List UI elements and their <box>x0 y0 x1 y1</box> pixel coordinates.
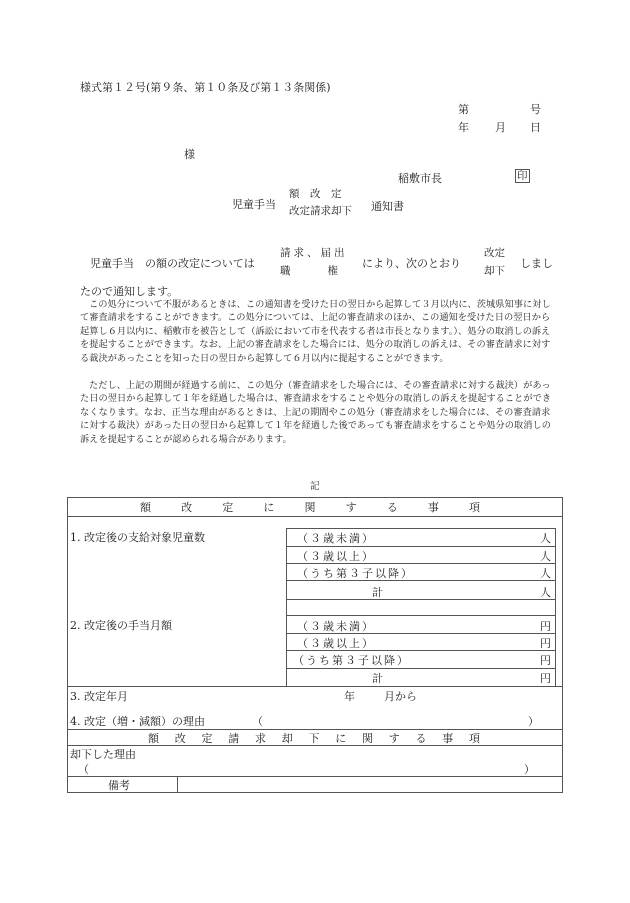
section1-header-divider <box>67 516 563 517</box>
notice-paragraph-1: この処分について不服があるときは、この通知書を受けた日の翌日から起算して３月以内… <box>80 298 552 365</box>
section2-divider-bottom <box>67 745 563 746</box>
header-char: に <box>263 499 274 515</box>
item1-row-label: （３歳以上） <box>297 548 375 564</box>
form-id: 様式第１２号(第９条、第１０条及び第１３条関係) <box>80 79 331 95</box>
header-char: 額 <box>148 730 159 746</box>
row-divider <box>286 650 556 651</box>
item1-row-unit: 人 <box>540 565 551 581</box>
header-char: に <box>335 730 346 746</box>
header-char: 定 <box>222 499 233 515</box>
row-divider <box>286 580 556 581</box>
row-divider <box>286 546 556 547</box>
header-char: 請 <box>228 730 239 746</box>
inner-box-right <box>555 528 556 687</box>
intro-part3: しまし <box>520 255 553 271</box>
header-char: 却 <box>282 730 293 746</box>
table-border-left <box>67 497 68 793</box>
row-divider <box>286 563 556 564</box>
inner-box-left <box>286 528 287 687</box>
row-divider <box>286 599 556 600</box>
table-border-top <box>67 497 563 498</box>
date-day: 日 <box>530 119 541 135</box>
issuer-name: 稲敷市長 <box>398 170 442 186</box>
number-prefix: 第 <box>458 101 469 117</box>
remarks-label: 備考 <box>108 777 130 793</box>
item1-total-label: 計 <box>372 584 383 600</box>
item3-label: 3. 改定年月 <box>70 688 128 704</box>
item2-row-label: （うち第３子以降） <box>293 652 410 668</box>
title-option-amend: 額 改 定 <box>289 186 352 203</box>
item4-open-paren: （ <box>252 713 263 729</box>
notice-paragraph-2: ただし、上記の期間が経過する前に、この処分（審査請求をした場合には、その審査請求… <box>80 379 552 446</box>
header-char: 事 <box>428 499 439 515</box>
header-char: 項 <box>469 499 480 515</box>
item2-bottom-divider <box>67 686 563 687</box>
item2-row-unit: 円 <box>540 618 551 634</box>
item2-label: 2. 改定後の手当月額 <box>70 617 172 633</box>
header-char: 求 <box>255 730 266 746</box>
header-char: 関 <box>362 730 373 746</box>
intro-part2: により、次のとおり <box>362 255 461 271</box>
date-year: 年 <box>458 119 469 135</box>
intro-choice-right: 権 <box>328 262 339 280</box>
item2-row-label: （３歳未満） <box>297 618 375 634</box>
item4-label: 4. 改定（増・減額）の理由 <box>70 713 205 729</box>
table-border-right <box>562 497 563 793</box>
item2-row-label: （３歳以上） <box>297 635 375 651</box>
title-option-reject: 改定請求却下 <box>289 203 352 220</box>
rejection-label: 却下した理由 <box>70 746 136 762</box>
inner-box-top <box>286 528 556 529</box>
item2-row-unit: 円 <box>540 635 551 651</box>
item1-row-unit: 人 <box>540 548 551 564</box>
rejection-close-paren: ） <box>524 761 535 777</box>
section2-header: 額 改 定 請 求 却 下 に 関 す る 事 項 <box>148 730 480 746</box>
item1-row-unit: 人 <box>540 530 551 546</box>
header-char: る <box>387 499 398 515</box>
addressee-honorific: 様 <box>184 146 195 162</box>
item2-row-unit: 円 <box>540 670 551 686</box>
header-char: 事 <box>442 730 453 746</box>
item3-year: 年 <box>344 688 355 704</box>
item2-row-unit: 円 <box>540 652 551 668</box>
item2-total-label: 計 <box>372 670 383 686</box>
item4-close-paren: ） <box>528 713 539 729</box>
intro-result-reject: 却下 <box>484 262 505 280</box>
header-char: す <box>389 730 400 746</box>
row-divider <box>286 668 556 669</box>
rejection-open-paren: （ <box>78 761 89 777</box>
intro-choice-top: 請求、届出 <box>280 244 338 262</box>
header-char: 定 <box>202 730 213 746</box>
item3-month: 月から <box>384 688 417 704</box>
header-char: 関 <box>305 499 316 515</box>
item1-row-label: （うち第３子以降） <box>297 565 414 581</box>
item1-row-label: （３歳未満） <box>297 530 375 546</box>
row-divider <box>286 633 556 634</box>
item1-label: 1. 改定後の支給対象児童数 <box>70 529 205 545</box>
header-char: す <box>346 499 357 515</box>
header-char: る <box>416 730 427 746</box>
intro-choice: 請求、届出 職 権 <box>280 244 338 280</box>
intro-result: 改定 却下 <box>484 244 505 280</box>
header-char: 改 <box>175 730 186 746</box>
record-label: 記 <box>310 478 320 492</box>
intro-line2: たので通知します。 <box>80 283 178 299</box>
remarks-field[interactable] <box>178 777 562 792</box>
header-char: 項 <box>469 730 480 746</box>
table-border-bottom <box>67 792 563 793</box>
title-options: 額 改 定 改定請求却下 <box>289 186 352 220</box>
title-suffix: 通知書 <box>371 198 404 214</box>
seal-mark: 印 <box>515 169 530 183</box>
intro-result-amend: 改定 <box>484 244 505 262</box>
intro-choice-left: 職 <box>280 262 291 280</box>
item1-row-unit: 人 <box>540 584 551 600</box>
intro-part1: 児童手当 の額の改定については <box>90 255 255 271</box>
header-char: 額 <box>140 499 151 515</box>
header-char: 下 <box>309 730 320 746</box>
date-month: 月 <box>495 119 506 135</box>
row-divider <box>286 615 556 616</box>
section1-header: 額 改 定 に 関 す る 事 項 <box>140 499 480 515</box>
header-char: 改 <box>181 499 192 515</box>
number-suffix: 号 <box>530 101 541 117</box>
title-prefix: 児童手当 <box>232 196 276 212</box>
